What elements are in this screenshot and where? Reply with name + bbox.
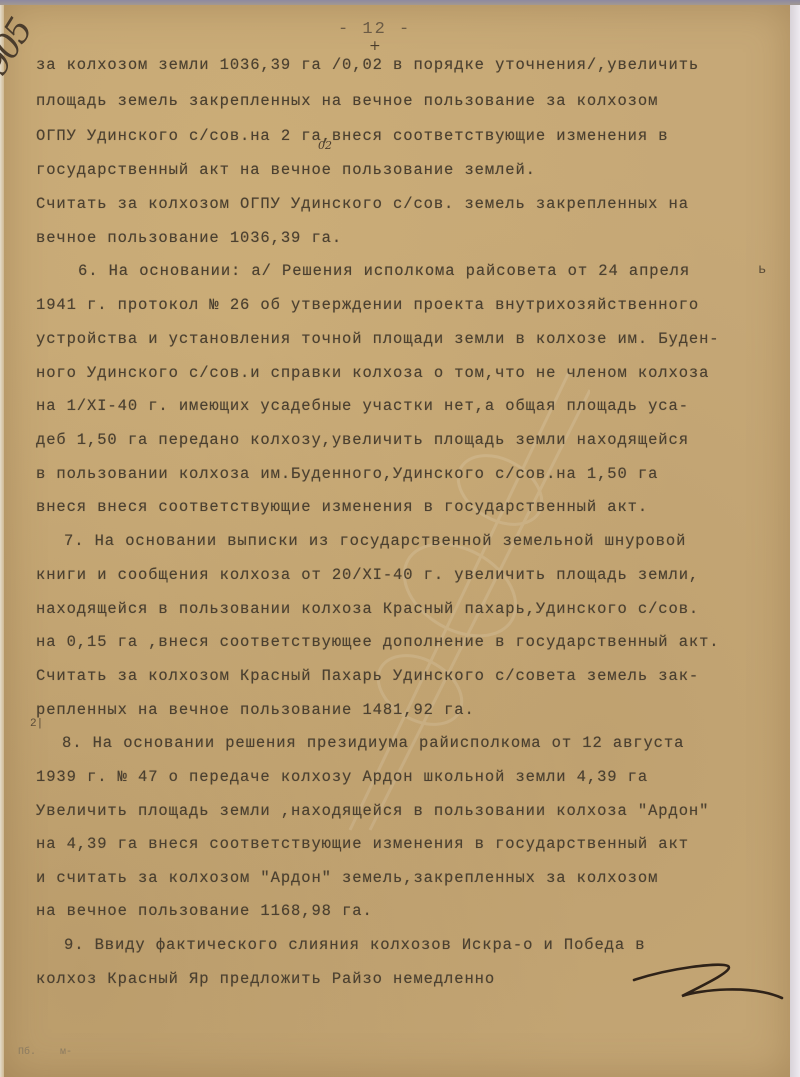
text-line: Считать за колхозом Красный Пахарь Удинс… (36, 667, 699, 685)
text-line: и считать за колхозом "Ардон" земель,зак… (36, 869, 658, 887)
text-line: устройства и установления точной площади… (36, 330, 720, 348)
text-line: 8. На основании решения президиума райис… (62, 734, 684, 752)
text-line: 1941 г. протокол № 26 об утверждении про… (36, 296, 699, 314)
text-line: в пользовании колхоза им.Буденного,Удинс… (36, 465, 658, 483)
text-line: государственный акт на вечное пользовани… (36, 161, 536, 179)
scan-right-edge (790, 5, 800, 1077)
text-line: 9. Ввиду фактического слияния колхозов И… (64, 936, 646, 954)
text-line: 6. На основании: а/ Решения исполкома ра… (78, 262, 690, 280)
text-line: вечное пользование 1036,39 га. (36, 229, 342, 247)
text-line: на 1/XI-40 г. имеющих усадебные участки … (36, 397, 689, 415)
text-line: книги и сообщения колхоза от 20/XI-40 г.… (36, 566, 699, 584)
text-line: на вечное пользование 1168,98 га. (36, 902, 373, 920)
text-line: Увеличить площадь земли ,находящейся в п… (36, 802, 709, 820)
text-line: ОГПУ Удинского с/сов.на 2 га,внеся соотв… (36, 127, 669, 145)
handwritten-plus-mark: + (369, 38, 381, 54)
text-line: 7. На основании выписки из государственн… (64, 532, 686, 550)
text-line: на 4,39 га внеся соответствующие изменен… (36, 835, 689, 853)
text-line: ного Удинского с/сов.и справки колхоза о… (36, 364, 709, 382)
text-line: за колхозом земли 1036,39 га /0,02 в пор… (36, 56, 699, 74)
text-line: на 0,15 га ,внеся соответствующее дополн… (36, 633, 720, 651)
text-line: находящейся в пользовании колхоза Красны… (36, 600, 699, 618)
margin-mark: ь (758, 262, 766, 278)
text-line: колхоз Красный Яр предложить Райзо немед… (36, 970, 495, 988)
text-line: 1939 г. № 47 о передаче колхозу Ардон шк… (36, 768, 648, 786)
text-line: Считать за колхозом ОГПУ Удинского с/сов… (36, 195, 689, 213)
handwritten-signature (630, 960, 790, 1020)
margin-mark-8: 2| (30, 718, 43, 730)
footer-stamp-text: Пб. м- (18, 1047, 72, 1058)
text-line: площадь земель закрепленных на вечное по… (36, 92, 658, 110)
text-line: внеся внеся соответствующие изменения в … (36, 498, 648, 516)
text-line: деб 1,50 га передано колхозу,увеличить п… (36, 431, 689, 449)
page-number: - 12 - (338, 20, 411, 39)
text-line: репленных на вечное пользование 1481,92 … (36, 701, 475, 719)
